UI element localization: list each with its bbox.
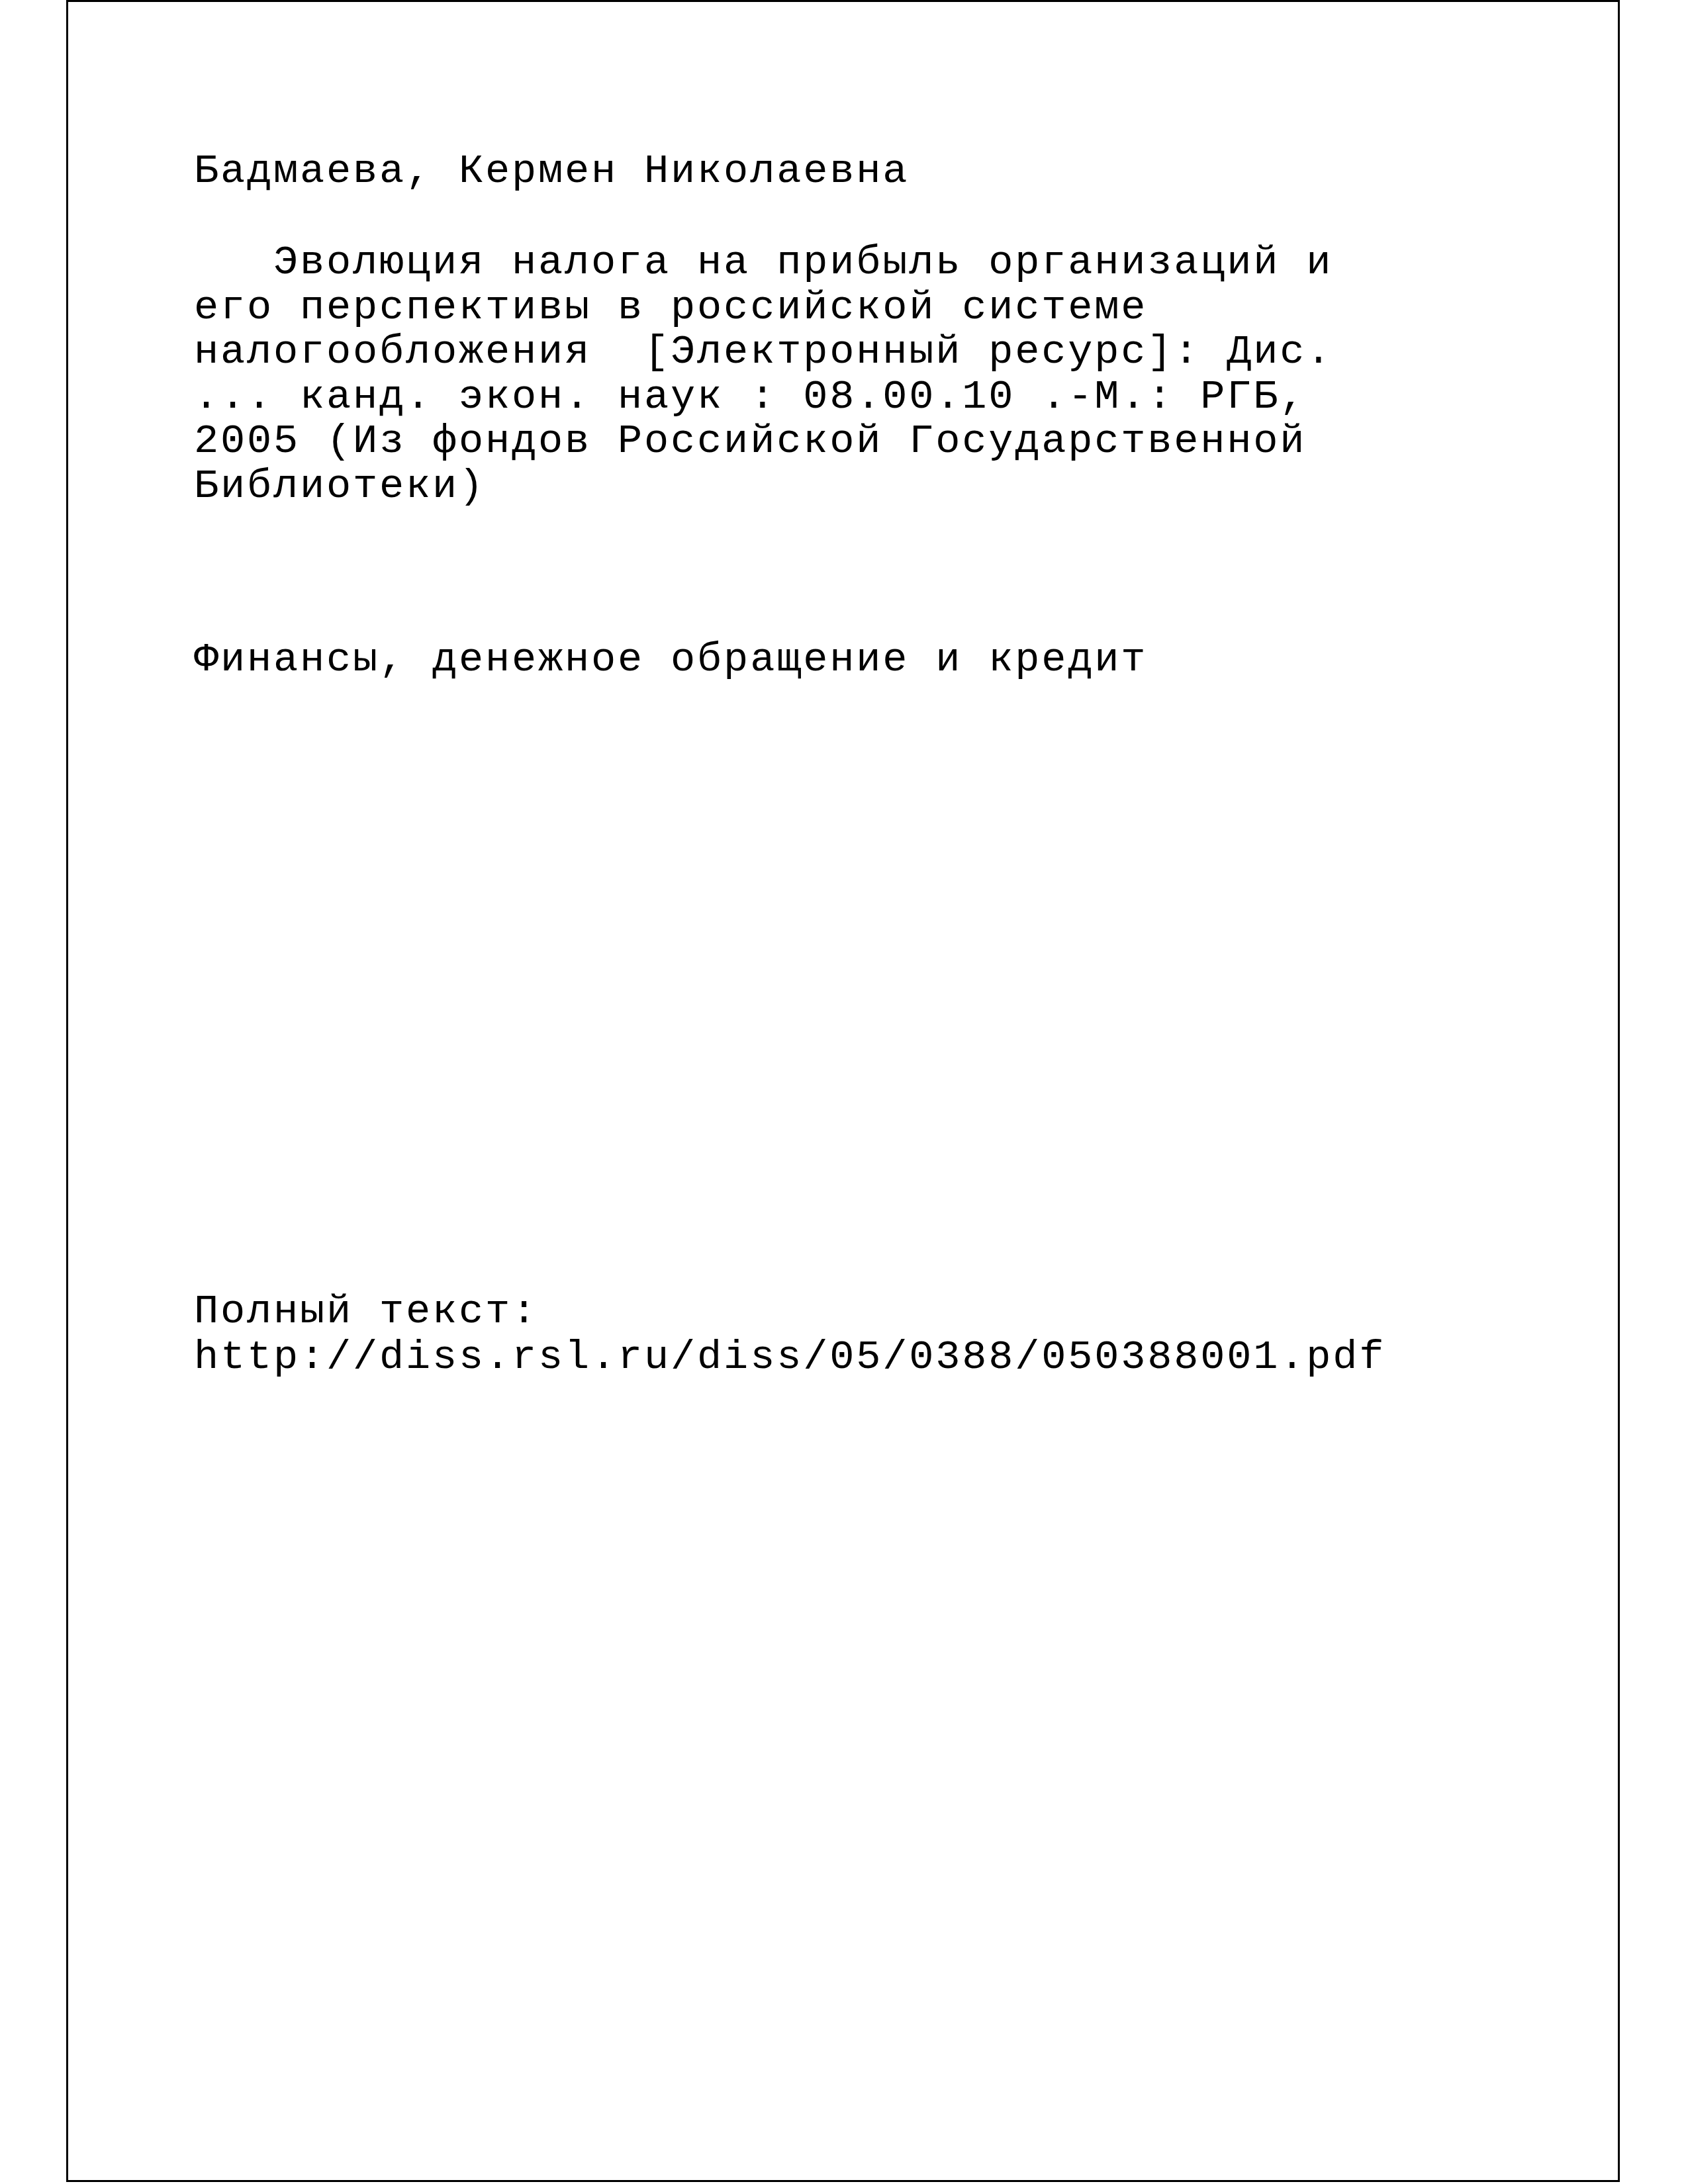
full-text-label: Полный текст: bbox=[194, 1289, 538, 1334]
full-text-url: http://diss.rsl.ru/diss/05/0388/05038800… bbox=[194, 1335, 1385, 1380]
document-page: Бадмаева, Кермен Николаевна Эволюция нал… bbox=[0, 0, 1688, 2184]
title-description-paragraph: Эволюция налога на прибыль организаций и… bbox=[194, 240, 1333, 508]
subject-line: Финансы, денежное обращение и кредит bbox=[194, 637, 1147, 682]
author-line: Бадмаева, Кермен Николаевна bbox=[194, 149, 909, 194]
